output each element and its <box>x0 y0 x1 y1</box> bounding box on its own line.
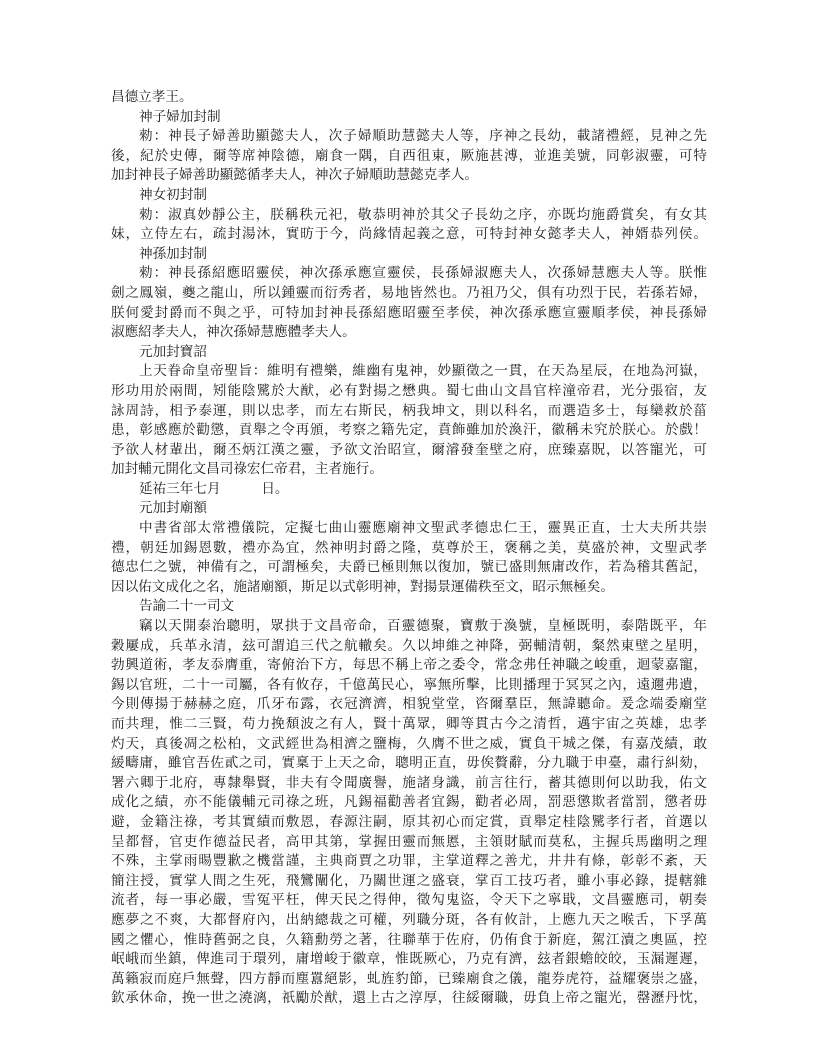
text-line: 予欲人材輩出，爾丕炳江漢之靈，予欲文治昭宣，爾濬發奎壁之府，庶臻嘉貺，以答寵光，… <box>111 441 707 461</box>
text-line: 應夢之不爽，大都督府內，出納總裁之可權，列職分斑，各有攸計，上應九天之喉舌，下孚… <box>111 911 707 931</box>
text-line: 勑：淑真妙靜公主，朕稱秩元祀，敬恭明神於其父子長幼之序，亦既均施爵賞矣，有女其 <box>111 206 707 226</box>
text-line: 簡注授，實掌人間之生死，飛鸞闡化，乃關世運之盛衰，掌百工技巧者，雖小事必錄，提轄… <box>111 872 707 892</box>
text-line: 不殊，主掌雨暘豐歉之機當謹，主典商賈之功罪，主掌道釋之善尤，井井有條，彰彰不紊，… <box>111 852 707 872</box>
text-line: 後，紀於史傳，爾等席神陰德，廟食一隅，自西徂東，厥施甚溥，並進美號，同彰淑靈，可… <box>111 147 707 167</box>
text-line: 勑：神長子婦善助顯懿夫人，次子婦順助慧懿夫人等，序神之長幼，載諸禮經，見神之先 <box>111 127 707 147</box>
section-heading: 元加封寶詔 <box>111 343 707 363</box>
text-line: 加封輔元開化文昌司祿宏仁帝君，主者施行。 <box>111 460 707 480</box>
text-line: 詠周詩，相予泰運，則以忠孝，而左右斯民，柄我坤文，則以科名，而選造多士，每欒救於… <box>111 402 707 422</box>
text-line: 勑：神長孫紹應昭靈侯，神次孫承應宣靈侯，長孫婦淑應夫人，次孫婦慧應夫人等。朕惟 <box>111 264 707 284</box>
text-line: 灼天，真後凋之松柏，文武經世為相濟之鹽梅，久膺不世之威，實負干城之傑，有嘉茂績，… <box>111 735 707 755</box>
text-line: 形功用於兩間，矧能陰騭於大猷，必有對揚之懋典。蜀七曲山文昌官梓潼帝君，光分張宿，… <box>111 382 707 402</box>
text-line: 避，金籍注祿，考其實績而敷恩，春源注嗣，原其初心而定賞，貢舉定桂陰騭孝行者，首選… <box>111 813 707 833</box>
text-line: 岷峨而坐鎮，俾進司于環列，庸增峻于徽章，惟既厥心，乃克有濟，玆者銀蟾皎皎，玉漏遲… <box>111 950 707 970</box>
text-line: 欽承休命，挽一世之澆漓，祇勵於猷，還上古之淳厚，往綏爾職，毋負上帝之寵光，罄瀝丹… <box>111 989 707 1009</box>
section-heading: 神孫加封制 <box>111 245 707 265</box>
text-line: 劍之鳳嶺，夔之龍山，所以鍾靈而衍秀者，易地皆然也。乃祖乃父，俱有功烈于民，若孫若… <box>111 284 707 304</box>
text-line: 中書省部太常禮儀院，定擬七曲山靈應廟神文聖武孝德忠仁王，靈異正直，士大夫所共崇 <box>111 519 707 539</box>
text-line: 成化之績，亦不能儀輔元司祿之班，凡錫福勸善者宜錫，勸者必周，罰惡懲欺者當罰，懲者… <box>111 793 707 813</box>
text-line: 而共理，惟二三賢，苟力挽頹波之有人，賢十萬眾，卿等貫古今之清哲，邁宇宙之英雄，忠… <box>111 715 707 735</box>
text-line: 因以佑文成化之名，施諸廟額，斯足以式彰明神，對揚景運備秩至文，昭示無極矣。 <box>111 578 707 598</box>
section-heading: 神女初封制 <box>111 186 707 206</box>
section-heading: 神子婦加封制 <box>111 108 707 128</box>
text-line: 國之懼心，惟時舊弼之良，久籍勳勞之著，往聯華于佐府，仍侑食于新庭，駕江瀆之奧區，… <box>111 931 707 951</box>
text-line: 緩疇庸，雖官吾佐貳之司，實稟于上天之命，聰明正直，毋俟贅辭，分九職于申臺，肅行糾… <box>111 754 707 774</box>
section-heading: 元加封廟額 <box>111 499 707 519</box>
document-date: 延祐三年七月 日。 <box>111 480 707 500</box>
text-line: 勃興道術，孝友忝膺重，寄俯治下方，每思不稱上帝之委令，常念弗任神職之峻重，迴蒙嘉… <box>111 656 707 676</box>
text-line: 妹，立侍左右，疏封湯沐，實昉于今，尚緣情起義之意，可特封神女懿孝夫人，神婿恭列侯… <box>111 225 707 245</box>
text-line: 朕何愛封爵而不與之乎，可特加封神長孫紹應昭靈至孝侯，神次孫承應宣靈順孝侯，神長孫… <box>111 304 707 324</box>
text-line: 上天眷命皇帝聖旨：維明有禮樂，維幽有鬼神，妙顯徵之一貫，在天為星辰，在地為河嶽， <box>111 362 707 382</box>
document-page: 昌德立孝王。 神子婦加封制 勑：神長子婦善助顯懿夫人，次子婦順助慧懿夫人等，序神… <box>111 88 707 1009</box>
text-line: 萬籟寂而庭戶無聲，四方靜而塵囂絕影，虬旌豹節，已臻廟食之儀，龍券虎符，益耀褒崇之… <box>111 970 707 990</box>
text-line: 禮，朝廷加錫恩數，禮亦為宜，然神明封爵之隆，莫尊於王，褒稱之美，莫盛於神，文聖武… <box>111 539 707 559</box>
text-line: 淑應紹孝夫人，神次孫婦慧應體孝夫人。 <box>111 323 707 343</box>
text-line: 患，彰感應於勸懲，貢舉之令再頒，考察之籍先定，賁飾雖加於渙汗，徽稱未究於朕心。於… <box>111 421 707 441</box>
text-line: 竊以天開泰治聰明，眾拱于文昌帝命，百靈德聚，寶敷于渙號，皇極既明，泰階既平，年 <box>111 617 707 637</box>
section-heading: 告諭二十一司文 <box>111 597 707 617</box>
text-line: 錫以官班，二十一司屬，各有攸存，千億萬民心，寧無所擊，比則播理于冥冥之內，遠邇弗… <box>111 676 707 696</box>
text-line: 今則傳揚于赫赫之庭，爪牙布露，衣冠濟濟，相貌堂堂，咨爾羣臣，無諱聽命。爰念端委廟… <box>111 695 707 715</box>
text-line: 穀屢成，兵革永清，玆可謂追三代之航轍矣。久以坤維之神降，弼輔清朝，粲然東壁之星明… <box>111 637 707 657</box>
text-line: 署六卿于北府，專隸舉賢，非夫有令聞廣譽，施諸身識，前言往行，蓄其德則何以助我，佑… <box>111 774 707 794</box>
text-line: 加封神長子婦善助顯懿循孝夫人，神次子婦順助慧懿克孝人。 <box>111 166 707 186</box>
text-line: 呈都督，官吏作德益民者，高甲其第，掌握田靈而無慝，主領財賦而莫私，主握兵馬幽明之… <box>111 833 707 853</box>
text-line: 昌德立孝王。 <box>111 88 707 108</box>
text-line: 德忠仁之號，神備有之，可謂極矣，夫爵已極則無以復加，號已盛則無庸改作，若為稽其舊… <box>111 558 707 578</box>
text-line: 流者，每一事必嚴，雪冤平枉，俾天民之得伸，徵勼鬼盜，令天下之寧戢，文昌靈應司，朝… <box>111 891 707 911</box>
